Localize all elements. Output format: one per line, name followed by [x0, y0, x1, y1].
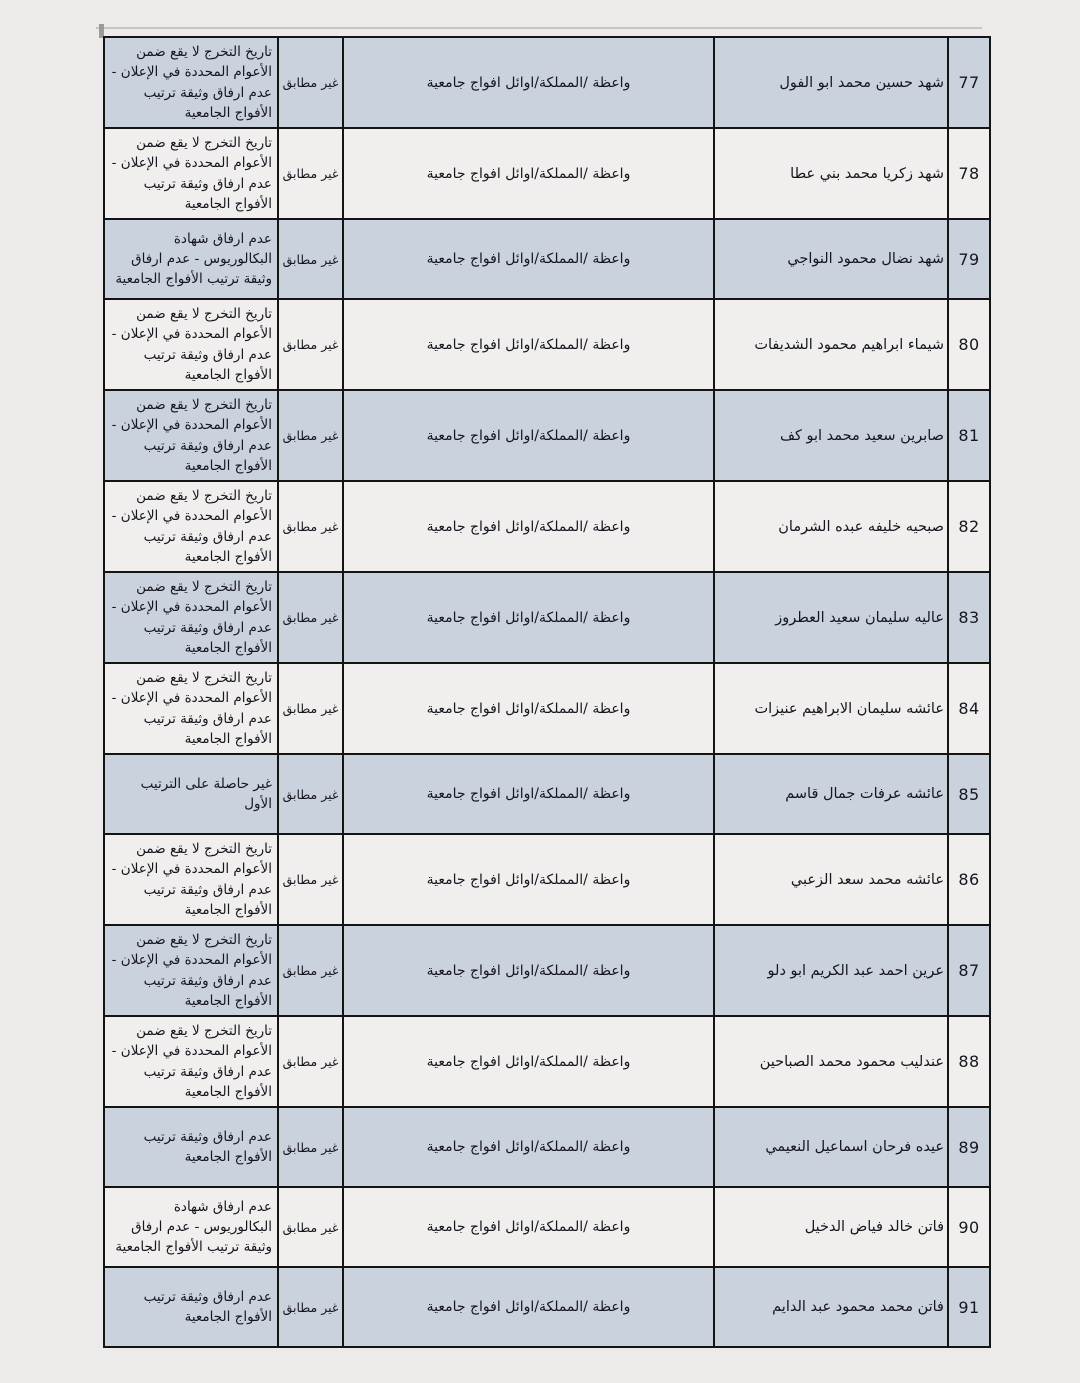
table-row: 90فاتن خالد فياض الدخيلواعظة /المملكة/او…: [104, 1187, 990, 1267]
serial-number-cell: 78: [948, 128, 990, 219]
program-cell: واعظة /المملكة/اوائل افواج جامعية: [343, 219, 714, 299]
applicant-name-cell: صبحيه خليفه عبده الشرمان: [714, 481, 948, 572]
applicant-name-cell: عيده فرحان اسماعيل النعيمي: [714, 1107, 948, 1187]
applicant-name-cell: عائشه عرفات جمال قاسم: [714, 754, 948, 834]
serial-number-cell: 77: [948, 37, 990, 128]
applicants-table: 77شهد حسين محمد ابو الفولواعظة /المملكة/…: [103, 36, 991, 1348]
applicant-name-cell: عاليه سليمان سعيد العطروز: [714, 572, 948, 663]
applicant-name-cell: فاتن محمد محمود عبد الدايم: [714, 1267, 948, 1347]
applicant-name-cell: شيماء ابراهيم محمود الشديفات: [714, 299, 948, 390]
applicant-name-cell: شهد حسين محمد ابو الفول: [714, 37, 948, 128]
status-cell: غير مطابق: [278, 481, 343, 572]
reason-cell: عدم ارفاق شهادة البكالوريوس - عدم ارفاق …: [104, 1187, 278, 1267]
status-cell: غير مطابق: [278, 1267, 343, 1347]
serial-number-cell: 85: [948, 754, 990, 834]
applicant-name-cell: عائشه سليمان الابراهيم عنيزات: [714, 663, 948, 754]
program-cell: واعظة /المملكة/اوائل افواج جامعية: [343, 572, 714, 663]
applicant-name-cell: شهد نضال محمود النواجي: [714, 219, 948, 299]
status-cell: غير مطابق: [278, 1016, 343, 1107]
reason-cell: عدم ارفاق شهادة البكالوريوس - عدم ارفاق …: [104, 219, 278, 299]
program-cell: واعظة /المملكة/اوائل افواج جامعية: [343, 128, 714, 219]
serial-number-cell: 89: [948, 1107, 990, 1187]
table-row: 84عائشه سليمان الابراهيم عنيزاتواعظة /ال…: [104, 663, 990, 754]
reason-cell: غير حاصلة على الترتيب الأول: [104, 754, 278, 834]
table-row: 85عائشه عرفات جمال قاسمواعظة /المملكة/او…: [104, 754, 990, 834]
applicant-name-cell: عائشه محمد سعد الزعبي: [714, 834, 948, 925]
status-cell: غير مطابق: [278, 925, 343, 1016]
serial-number-cell: 83: [948, 572, 990, 663]
serial-number-cell: 91: [948, 1267, 990, 1347]
serial-number-cell: 80: [948, 299, 990, 390]
serial-number-cell: 86: [948, 834, 990, 925]
applicant-name-cell: صابرين سعيد محمد ابو كف: [714, 390, 948, 481]
reason-cell: تاريخ التخرج لا يقع ضمن الأعوام المحددة …: [104, 390, 278, 481]
table-row: 87عرين احمد عبد الكريم ابو دلوواعظة /الم…: [104, 925, 990, 1016]
serial-number-cell: 79: [948, 219, 990, 299]
reason-cell: تاريخ التخرج لا يقع ضمن الأعوام المحددة …: [104, 925, 278, 1016]
program-cell: واعظة /المملكة/اوائل افواج جامعية: [343, 663, 714, 754]
document-page: { "page": { "background_color": "#ECEBE9…: [0, 0, 1080, 1383]
table-row: 91فاتن محمد محمود عبد الدايمواعظة /الممل…: [104, 1267, 990, 1347]
reason-cell: تاريخ التخرج لا يقع ضمن الأعوام المحددة …: [104, 1016, 278, 1107]
program-cell: واعظة /المملكة/اوائل افواج جامعية: [343, 1107, 714, 1187]
reason-cell: تاريخ التخرج لا يقع ضمن الأعوام المحددة …: [104, 663, 278, 754]
table-row: 81صابرين سعيد محمد ابو كفواعظة /المملكة/…: [104, 390, 990, 481]
applicant-name-cell: فاتن خالد فياض الدخيل: [714, 1187, 948, 1267]
program-cell: واعظة /المملكة/اوائل افواج جامعية: [343, 390, 714, 481]
reason-cell: تاريخ التخرج لا يقع ضمن الأعوام المحددة …: [104, 572, 278, 663]
status-cell: غير مطابق: [278, 299, 343, 390]
reason-cell: عدم ارفاق وثيقة ترتيب الأفواج الجامعية: [104, 1107, 278, 1187]
reason-cell: تاريخ التخرج لا يقع ضمن الأعوام المحددة …: [104, 128, 278, 219]
table-row: 83عاليه سليمان سعيد العطروزواعظة /المملك…: [104, 572, 990, 663]
table-row: 88عندليب محمود محمد الصباحينواعظة /الممل…: [104, 1016, 990, 1107]
status-cell: غير مطابق: [278, 663, 343, 754]
table-row: 89عيده فرحان اسماعيل النعيميواعظة /الممل…: [104, 1107, 990, 1187]
status-cell: غير مطابق: [278, 128, 343, 219]
reason-cell: تاريخ التخرج لا يقع ضمن الأعوام المحددة …: [104, 481, 278, 572]
status-cell: غير مطابق: [278, 754, 343, 834]
status-cell: غير مطابق: [278, 37, 343, 128]
program-cell: واعظة /المملكة/اوائل افواج جامعية: [343, 1187, 714, 1267]
program-cell: واعظة /المملكة/اوائل افواج جامعية: [343, 37, 714, 128]
status-cell: غير مطابق: [278, 834, 343, 925]
applicant-name-cell: عندليب محمود محمد الصباحين: [714, 1016, 948, 1107]
program-cell: واعظة /المملكة/اوائل افواج جامعية: [343, 481, 714, 572]
status-cell: غير مطابق: [278, 390, 343, 481]
table-row: 79شهد نضال محمود النواجيواعظة /المملكة/ا…: [104, 219, 990, 299]
status-cell: غير مطابق: [278, 219, 343, 299]
serial-number-cell: 88: [948, 1016, 990, 1107]
table-row: 82صبحيه خليفه عبده الشرمانواعظة /المملكة…: [104, 481, 990, 572]
applicant-name-cell: عرين احمد عبد الكريم ابو دلو: [714, 925, 948, 1016]
applicant-name-cell: شهد زكريا محمد بني عطا: [714, 128, 948, 219]
table-row: 77شهد حسين محمد ابو الفولواعظة /المملكة/…: [104, 37, 990, 128]
status-cell: غير مطابق: [278, 1107, 343, 1187]
reason-cell: تاريخ التخرج لا يقع ضمن الأعوام المحددة …: [104, 299, 278, 390]
status-cell: غير مطابق: [278, 572, 343, 663]
status-cell: غير مطابق: [278, 1187, 343, 1267]
program-cell: واعظة /المملكة/اوائل افواج جامعية: [343, 1267, 714, 1347]
reason-cell: تاريخ التخرج لا يقع ضمن الأعوام المحددة …: [104, 834, 278, 925]
serial-number-cell: 82: [948, 481, 990, 572]
table-row: 86عائشه محمد سعد الزعبيواعظة /المملكة/او…: [104, 834, 990, 925]
reason-cell: عدم ارفاق وثيقة ترتيب الأفواج الجامعية: [104, 1267, 278, 1347]
serial-number-cell: 87: [948, 925, 990, 1016]
serial-number-cell: 84: [948, 663, 990, 754]
serial-number-cell: 90: [948, 1187, 990, 1267]
page-crop-artifact-line: [96, 27, 982, 29]
table-body: 77شهد حسين محمد ابو الفولواعظة /المملكة/…: [104, 37, 990, 1347]
table-row: 80شيماء ابراهيم محمود الشديفاتواعظة /الم…: [104, 299, 990, 390]
program-cell: واعظة /المملكة/اوائل افواج جامعية: [343, 299, 714, 390]
serial-number-cell: 81: [948, 390, 990, 481]
program-cell: واعظة /المملكة/اوائل افواج جامعية: [343, 1016, 714, 1107]
program-cell: واعظة /المملكة/اوائل افواج جامعية: [343, 754, 714, 834]
table-row: 78شهد زكريا محمد بني عطاواعظة /المملكة/ا…: [104, 128, 990, 219]
program-cell: واعظة /المملكة/اوائل افواج جامعية: [343, 925, 714, 1016]
reason-cell: تاريخ التخرج لا يقع ضمن الأعوام المحددة …: [104, 37, 278, 128]
program-cell: واعظة /المملكة/اوائل افواج جامعية: [343, 834, 714, 925]
